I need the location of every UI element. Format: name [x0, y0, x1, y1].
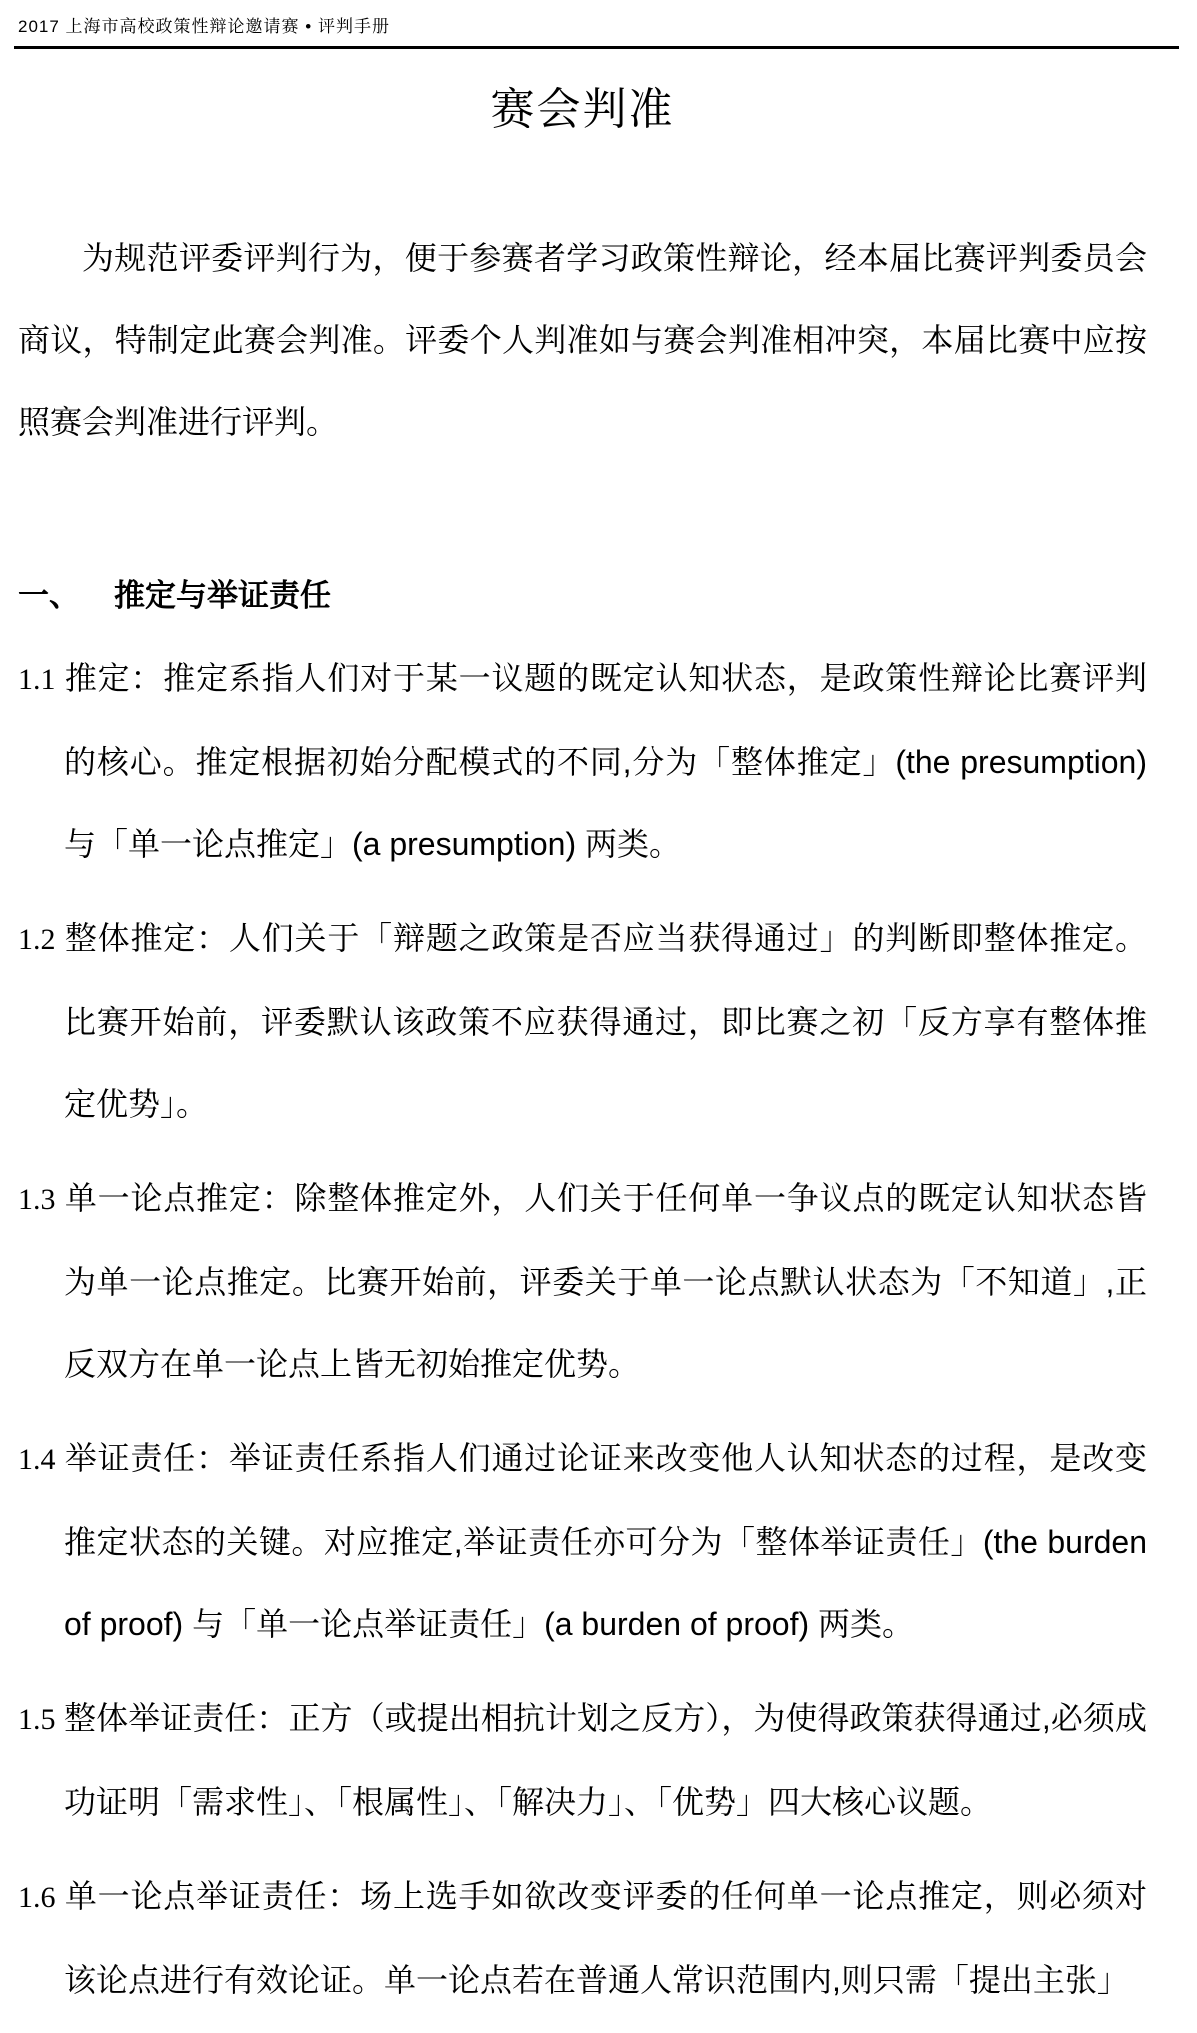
list-item: 1.2整体推定：人们关于「辩题之政策是否应当获得通过」的判断即整体推定。比赛开始…: [18, 897, 1147, 1145]
list-item: 1.6单一论点举证责任：场上选手如欲改变评委的任何单一论点推定，则必须对该论点进…: [18, 1855, 1147, 2021]
item-text: 单一论点举证责任：场上选手如欲改变评委的任何单一论点推定，则必须对该论点进行有效…: [64, 1878, 1147, 1998]
section-number: 一、: [18, 573, 80, 619]
item-text: 举证责任：举证责任系指人们通过论证来改变他人认知状态的过程，是改变推定状态的关键…: [64, 1440, 1147, 1642]
header-divider: [14, 46, 1179, 49]
list-item: 1.1推定：推定系指人们对于某一议题的既定认知状态，是政策性辩论比赛评判的核心。…: [18, 637, 1147, 885]
item-number: 1.4: [18, 1419, 64, 1501]
item-number: 1.3: [18, 1159, 64, 1241]
item-text: 推定：推定系指人们对于某一议题的既定认知状态，是政策性辩论比赛评判的核心。推定根…: [64, 660, 1147, 862]
section-heading: 一、推定与举证责任: [18, 573, 1147, 619]
list-item: 1.5整体举证责任：正方（或提出相抗计划之反方），为使得政策获得通过,必须成功证…: [18, 1677, 1147, 1843]
document-page: 2017 上海市高校政策性辩论邀请赛 • 评判手册 赛会判准 为规范评委评判行为…: [0, 0, 1197, 2033]
running-header: 2017 上海市高校政策性辩论邀请赛 • 评判手册: [18, 0, 1147, 40]
page-title: 赛会判准: [18, 79, 1147, 141]
intro-paragraph: 为规范评委评判行为，便于参赛者学习政策性辩论，经本届比赛评判委员会商议，特制定此…: [18, 217, 1147, 463]
item-list: 1.1推定：推定系指人们对于某一议题的既定认知状态，是政策性辩论比赛评判的核心。…: [18, 637, 1147, 2021]
list-item: 1.3单一论点推定：除整体推定外，人们关于任何单一争议点的既定认知状态皆为单一论…: [18, 1157, 1147, 1405]
item-number: 1.6: [18, 1857, 64, 1939]
item-text: 单一论点推定：除整体推定外，人们关于任何单一争议点的既定认知状态皆为单一论点推定…: [64, 1180, 1147, 1382]
item-text: 整体举证责任：正方（或提出相抗计划之反方），为使得政策获得通过,必须成功证明「需…: [64, 1700, 1147, 1820]
item-number: 1.5: [18, 1679, 64, 1761]
item-text: 整体推定：人们关于「辩题之政策是否应当获得通过」的判断即整体推定。比赛开始前，评…: [64, 920, 1147, 1122]
item-number: 1.2: [18, 899, 64, 981]
item-number: 1.1: [18, 639, 64, 721]
list-item: 1.4举证责任：举证责任系指人们通过论证来改变他人认知状态的过程，是改变推定状态…: [18, 1417, 1147, 1665]
section-title: 推定与举证责任: [114, 578, 331, 613]
